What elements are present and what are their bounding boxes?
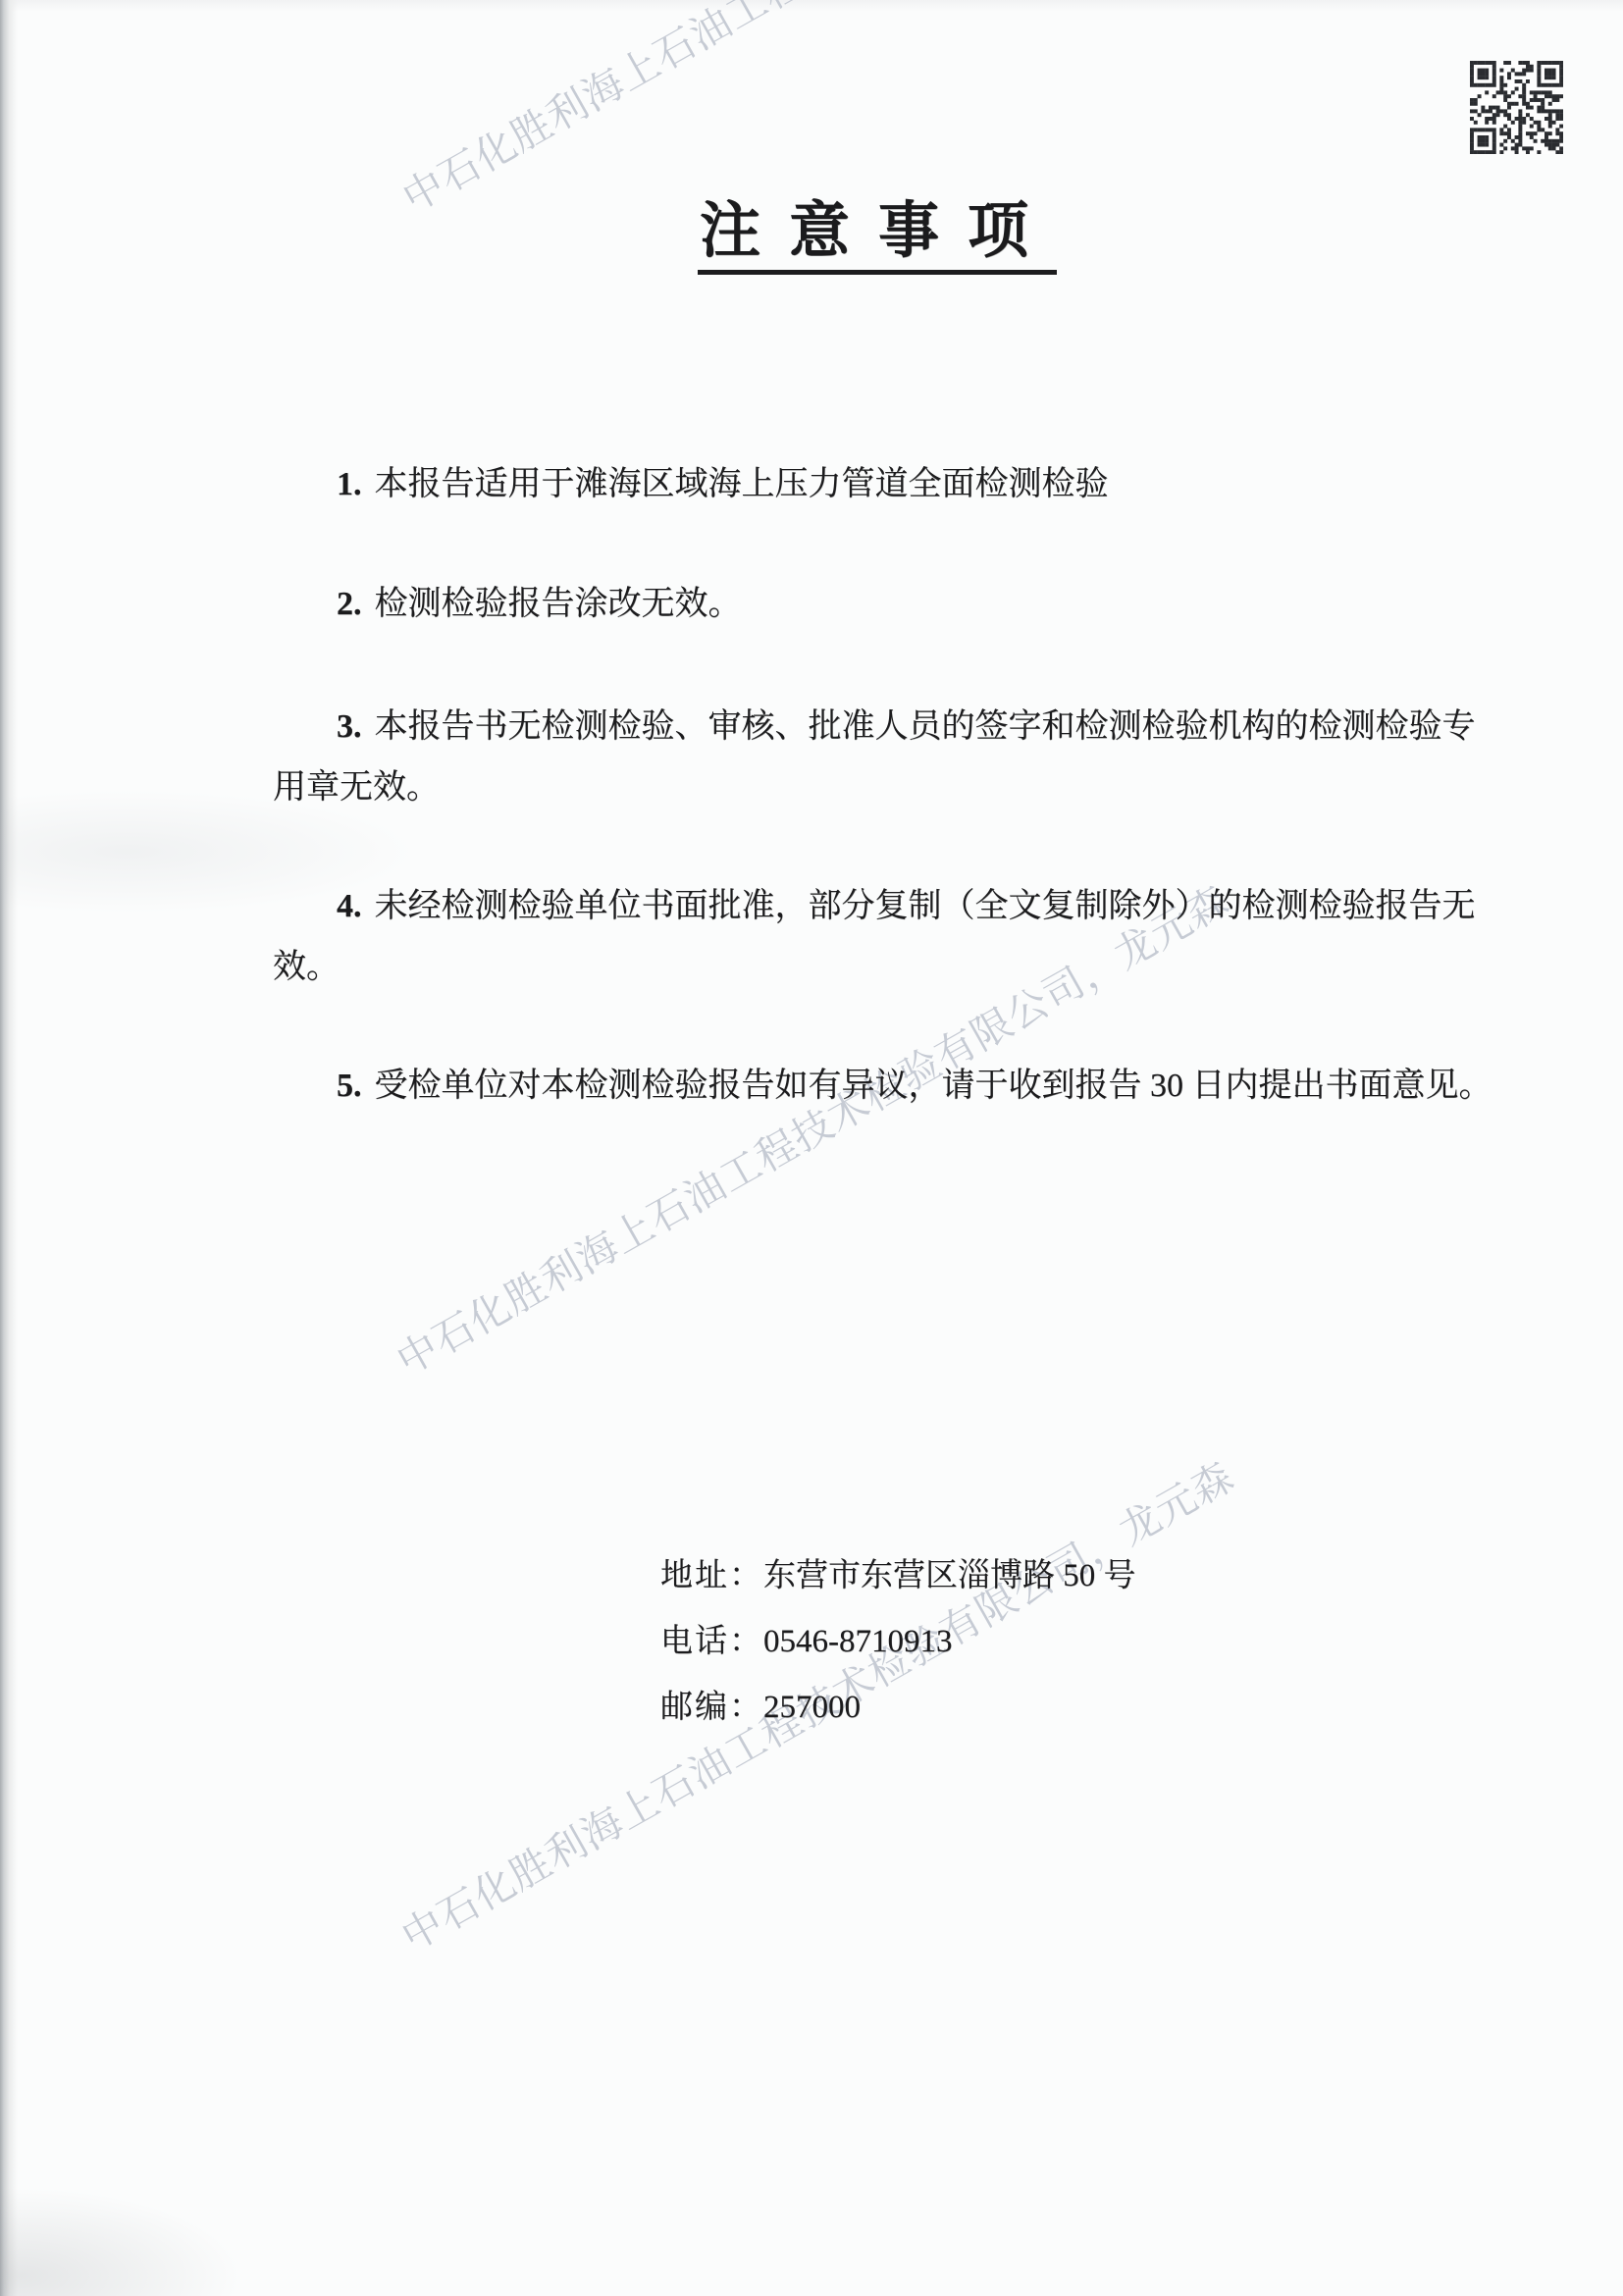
- postcode-label: 邮编：: [660, 1690, 763, 1725]
- contact-block: 地址：东营市东营区淄博路 50 号 电话：0546-8710913 邮编：257…: [660, 1543, 1136, 1741]
- item-number: 2.: [337, 586, 362, 622]
- notice-item-5: 5.受检单位对本检测检验报告如有异议，请于收到报告 30 日内提出书面意见。: [273, 1056, 1511, 1117]
- item-text: 检测检验报告涂改无效。: [375, 586, 742, 622]
- item-number: 3.: [337, 708, 362, 745]
- item-text-line1: 本报告书无检测检验、审核、批准人员的签字和检测检验机构的检测检验专: [375, 708, 1476, 745]
- notice-item-1: 1.本报告适用于滩海区域海上压力管道全面检测检验: [273, 454, 1511, 515]
- item-text-line2: 效。: [273, 937, 1511, 998]
- contact-phone: 电话：0546-8710913: [660, 1609, 1136, 1675]
- item-text-line2: 用章无效。: [273, 757, 1511, 818]
- item-number: 5.: [337, 1068, 362, 1104]
- notice-item-4: 4.未经检测检验单位书面批准，部分复制（全文复制除外）的检测检验报告无效。: [273, 876, 1511, 998]
- item-number: 4.: [337, 888, 362, 924]
- item-number: 1.: [337, 466, 362, 502]
- scanned-document-page: 中石化胜利海上石油工程技术检验有限公司，龙元森 中石化胜利海上石油工程技术检验有…: [0, 0, 1623, 2296]
- notice-item-2: 2.检测检验报告涂改无效。: [273, 574, 1511, 635]
- phone-label: 电话：: [660, 1624, 763, 1659]
- page-title: 注意事项: [698, 197, 1057, 275]
- contact-postcode: 邮编：257000: [660, 1675, 1136, 1741]
- postcode-value: 257000: [763, 1690, 861, 1725]
- contact-address: 地址：东营市东营区淄博路 50 号: [660, 1543, 1136, 1609]
- phone-value: 0546-8710913: [763, 1624, 953, 1659]
- item-text-line1: 未经检测检验单位书面批准，部分复制（全文复制除外）的检测检验报告无: [375, 888, 1476, 924]
- item-text: 受检单位对本检测检验报告如有异议，请于收到报告 30 日内提出书面意见。: [375, 1068, 1492, 1104]
- qr-code: [1470, 61, 1563, 154]
- notice-item-3: 3.本报告书无检测检验、审核、批准人员的签字和检测检验机构的检测检验专用章无效。: [273, 697, 1511, 818]
- item-text: 本报告适用于滩海区域海上压力管道全面检测检验: [375, 466, 1109, 502]
- watermark-diagonal-top: 中石化胜利海上石油工程技术检验有限公司，龙元森: [394, 0, 1242, 222]
- address-label: 地址：: [660, 1558, 763, 1593]
- address-value: 东营市东营区淄博路 50 号: [763, 1558, 1136, 1593]
